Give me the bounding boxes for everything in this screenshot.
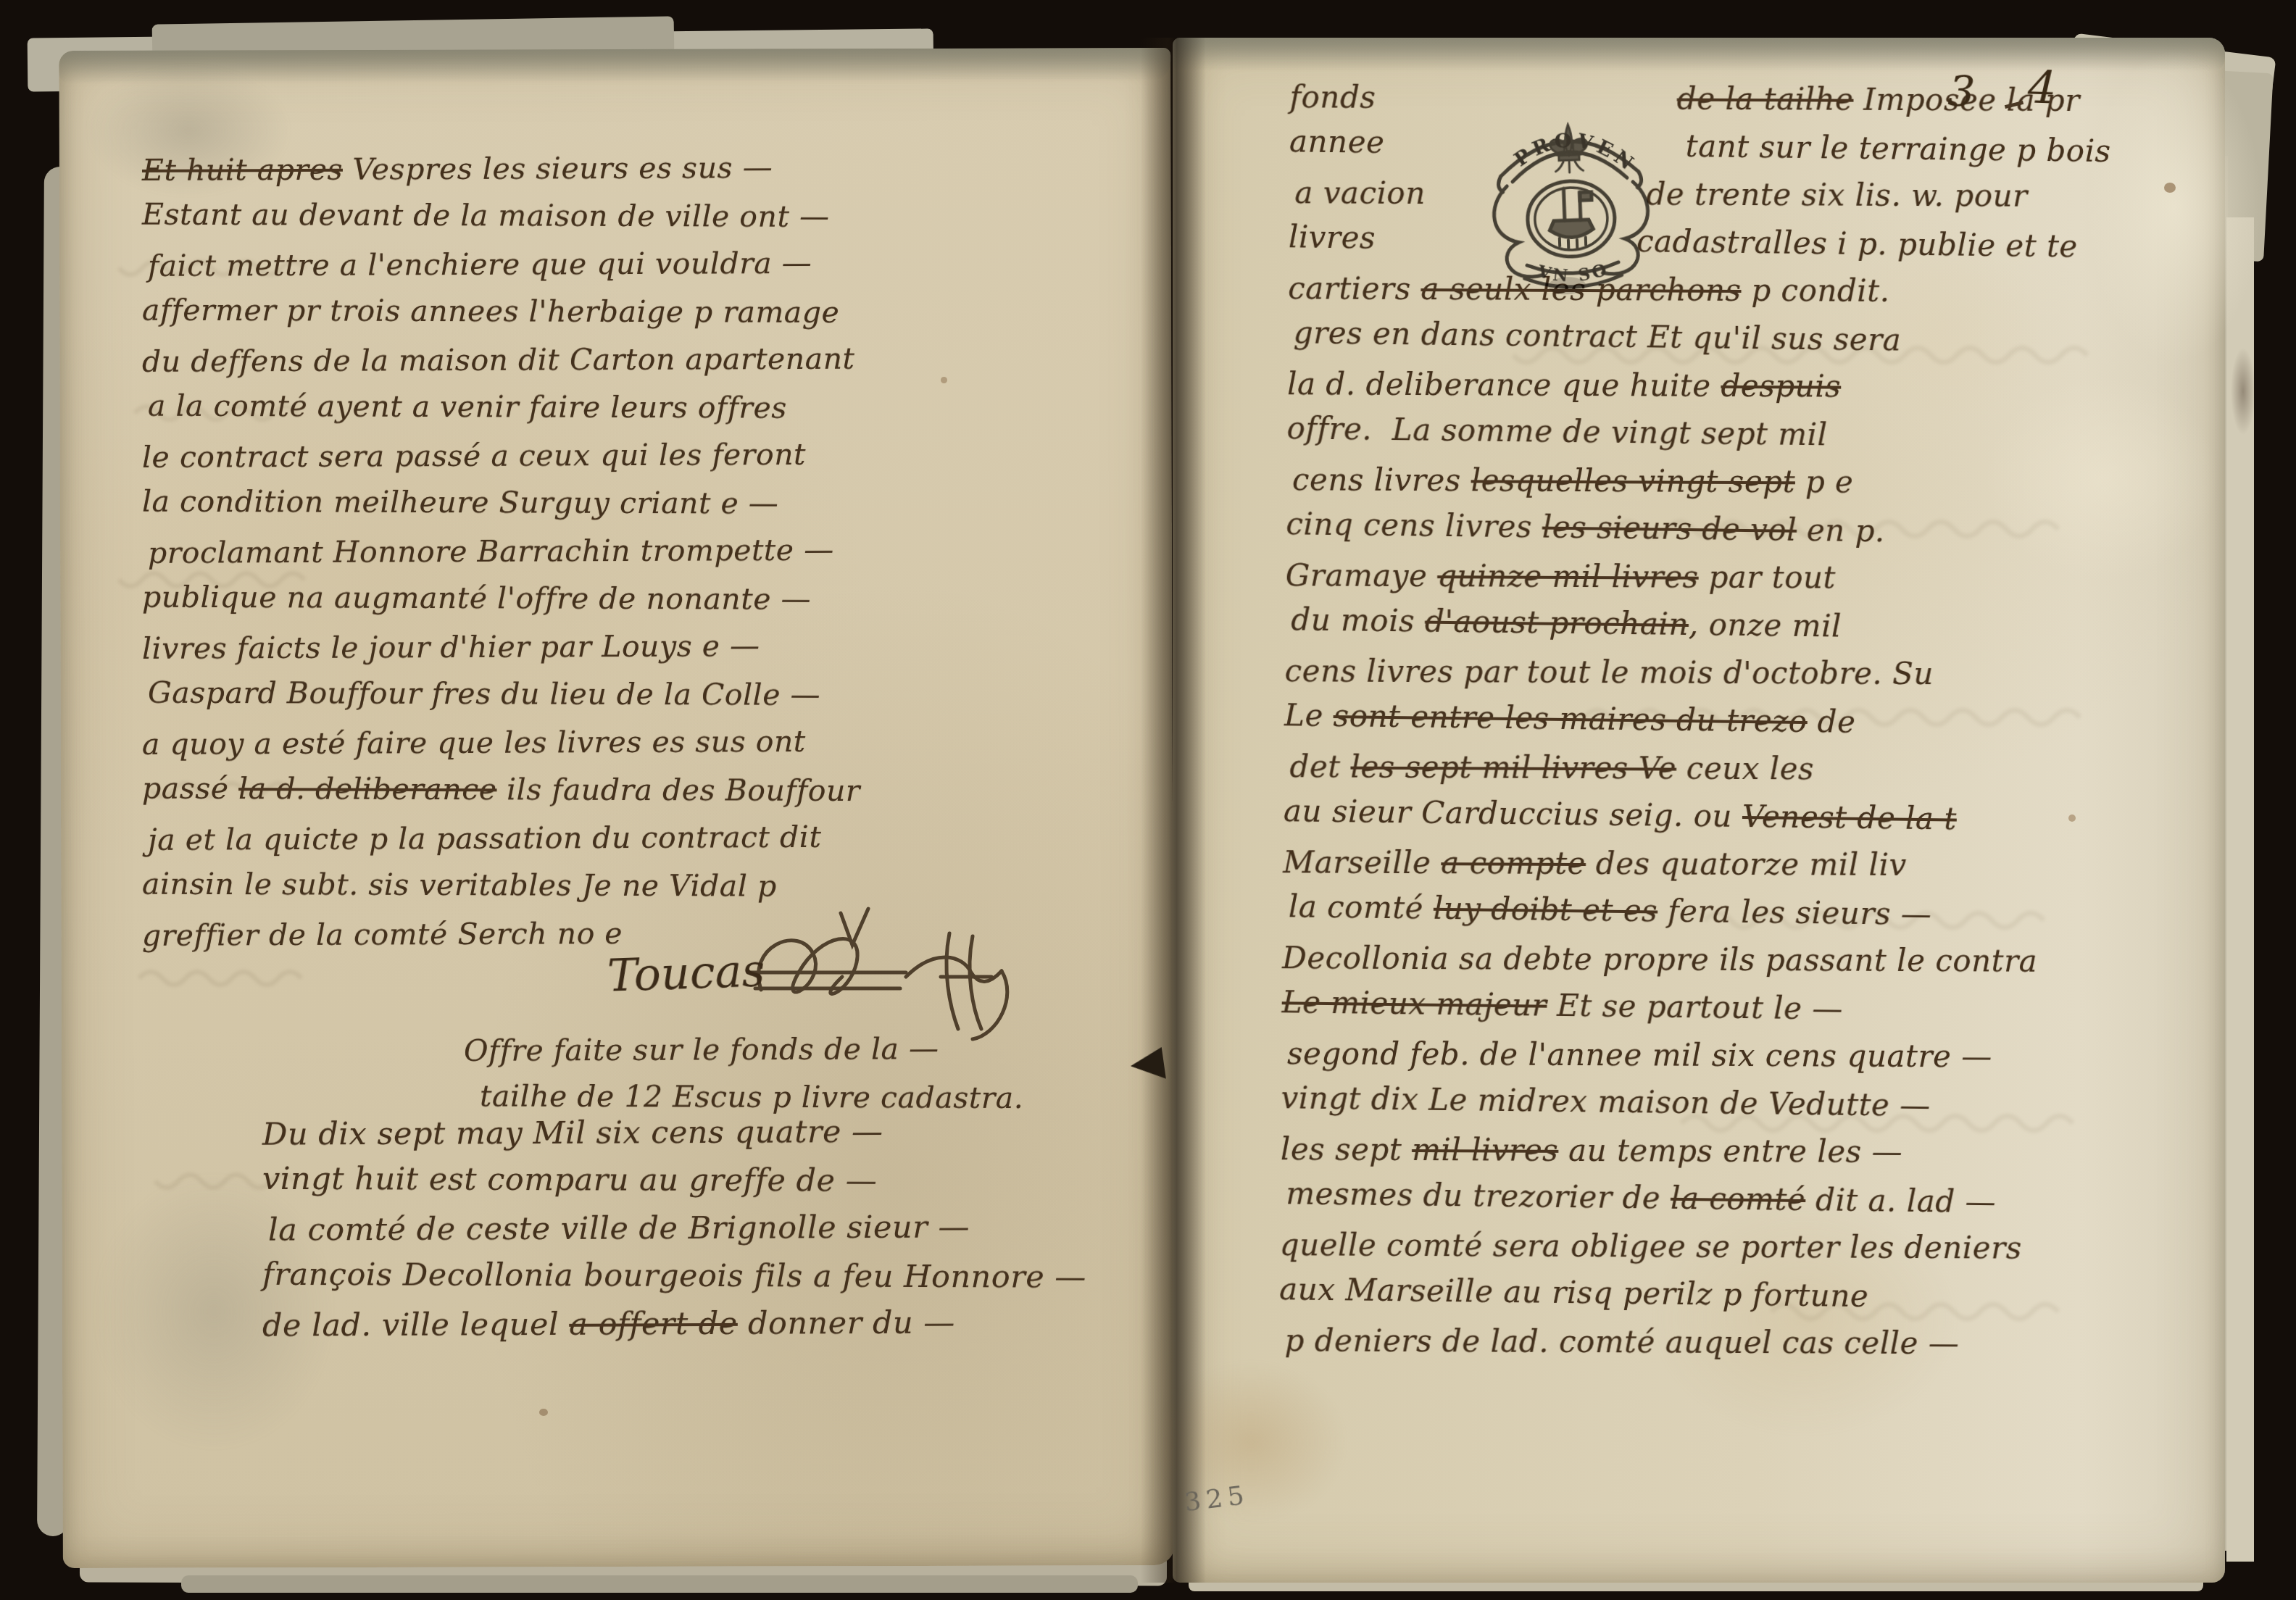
manuscript-line: cartiers a seulx les parchons p condit. <box>1288 270 2208 322</box>
manuscript-line: a la comté ayent a venir faire leurs off… <box>148 388 1120 440</box>
manuscript-line: la d. deliberance que huite despuis <box>1287 366 2208 418</box>
left-page-text-block-2: Du dix sept may Mil six cens quatre —vin… <box>262 1114 1161 1354</box>
manuscript-line: livres cadastralles i p. publie et te <box>1288 219 2209 278</box>
manuscript-line: det les sept mil livres Ve ceux les <box>1289 749 2204 801</box>
manuscript-line: Du dix sept may Mil six cens quatre — <box>262 1112 1161 1164</box>
manuscript-line: livres faicts le jour d'hier par Louys e… <box>142 627 1120 679</box>
manuscript-line: a vacion de trente six lis. w. pour <box>1294 175 2209 227</box>
manuscript-line: Le sont entre les maires du trezo de <box>1284 697 2205 757</box>
manuscript-line: les sept mil livres au temps entre les — <box>1281 1131 2201 1183</box>
manuscript-line: offre. La somme de vingt sept mil <box>1286 410 2208 470</box>
manuscript-line: cens livres par tout le mois d'octobre. … <box>1284 653 2205 705</box>
manuscript-line: Le mieux majeur Et se partout le — <box>1281 984 2203 1043</box>
left-page-text-block-1: Et huit apres Vespres les sieurs es sus … <box>142 151 1120 964</box>
manuscript-line: passé la d. deliberance ils faudra des B… <box>142 771 1120 822</box>
ship-icon <box>1548 188 1594 249</box>
manuscript-line: la comté luy doibt et es fera les sieurs… <box>1288 888 2203 947</box>
manuscript-line: vingt huit est comparu au greffe de — <box>262 1161 1161 1212</box>
manuscript-line: Marseille a compte des quatorze mil liv <box>1283 844 2203 896</box>
manuscript-line: mesmes du trezorier de la comté dit a. l… <box>1286 1175 2201 1234</box>
manuscript-line: Et huit apres Vespres les sieurs es sus … <box>142 149 1120 201</box>
manuscript-line: du deffens de la maison dit Carton apart… <box>142 340 1120 392</box>
fiscal-stamp: PROVENCE VN SOLS <box>1476 93 1665 309</box>
manuscript-line: cens livres lesquelles vingt sept p e <box>1292 462 2207 514</box>
manuscript-line: ja et la quicte p la passation du contra… <box>148 818 1120 870</box>
gutter-arrow-mark <box>1128 1047 1166 1083</box>
manuscript-line: publique na augmanté l'offre de nonante … <box>142 580 1120 631</box>
manuscript-line: gres en dans contract Et qu'il sus sera <box>1293 314 2208 373</box>
manuscript-line: la comté de ceste ville de Brignolle sie… <box>268 1208 1161 1259</box>
paper-sheet-edge-right-3 <box>2226 217 2254 1562</box>
manuscript-line: p deniers de lad. comté auquel cas celle… <box>1284 1322 2199 1375</box>
book-scan: Et huit apres Vespres les sieurs es sus … <box>0 0 2296 1600</box>
manuscript-line: le contract sera passé a ceux qui les fe… <box>142 436 1120 488</box>
right-page-text: fonds de la tailhe Imposee la prannee ta… <box>1278 77 2210 1376</box>
manuscript-line: vingt dix Le midrex maison de Vedutte — <box>1281 1080 2202 1139</box>
manuscript-line: proclamant Honnore Barrachin trompette — <box>148 531 1120 583</box>
manuscript-line: faict mettre a l'enchiere que qui vouldr… <box>148 244 1120 296</box>
folio-number-3: 3 <box>1947 66 1976 117</box>
manuscript-line: cinq cens livres les sieurs de vol en p. <box>1286 506 2207 565</box>
manuscript-line: Decollonia sa debte propre ils passant l… <box>1282 940 2203 992</box>
manuscript-line: quelle comté sera obligee se porter les … <box>1280 1227 2200 1279</box>
manuscript-line: fonds de la tailhe Imposee la pr <box>1289 79 2210 131</box>
manuscript-line: de lad. ville lequel a offert de donner … <box>262 1304 1161 1355</box>
manuscript-line: Gramaye quinze mil livres par tout <box>1286 557 2206 609</box>
manuscript-line: segond feb. de l'annee mil six cens quat… <box>1287 1036 2202 1088</box>
manuscript-line: annee tant sur le terrainge p bois <box>1289 123 2210 183</box>
foxing-spot <box>539 1409 548 1416</box>
manuscript-line: Gaspard Bouffour fres du lieu de la Coll… <box>148 675 1120 727</box>
signature-flourish <box>732 903 1080 1055</box>
manuscript-line: du mois d'aoust prochain, onze mil <box>1291 601 2206 660</box>
manuscript-line: au sieur Carduccius seig. ou Venest de l… <box>1283 793 2204 852</box>
folio-number-4: 4 <box>2027 60 2058 114</box>
manuscript-line: affermer pr trois annees l'herbaige p ra… <box>142 293 1120 344</box>
manuscript-line: Estant au devant de la maison de ville o… <box>142 197 1120 249</box>
paper-sheet-edge-bottom-left-2 <box>181 1575 1138 1593</box>
manuscript-line: aux Marseille au risq perilz p fortune <box>1279 1271 2200 1330</box>
manuscript-line: françois Decollonia bourgeois fils a feu… <box>262 1257 1161 1307</box>
manuscript-line: la condition meilheure Surguy criant e — <box>142 484 1120 536</box>
manuscript-line: a quoy a esté faire que les livres es su… <box>142 722 1120 775</box>
